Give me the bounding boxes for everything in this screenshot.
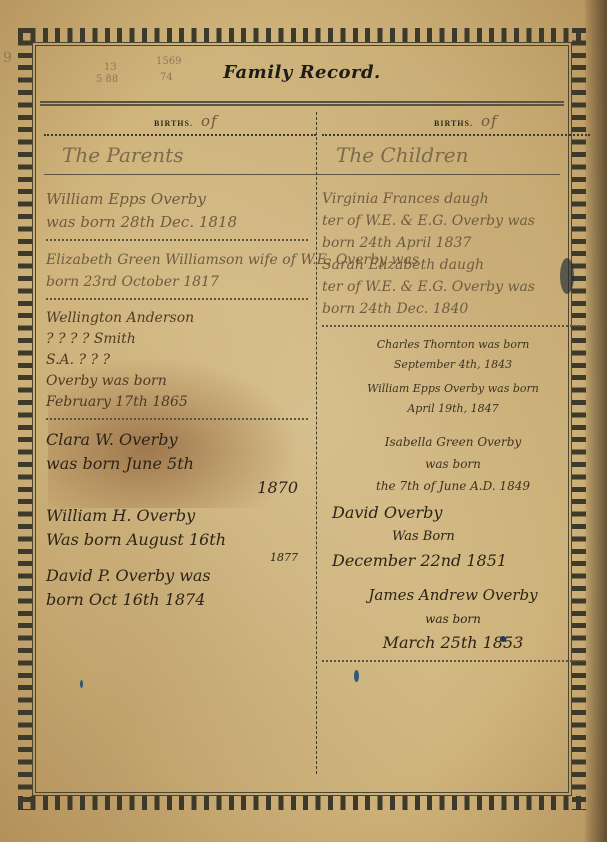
birth-entry: Isabella Green Overby was born the 7th o…: [322, 431, 584, 497]
entry-line: Virginia Frances daugh: [322, 188, 584, 210]
birth-entry: Virginia Frances daugh ter of W.E. & E.G…: [322, 188, 584, 254]
entry-line: Clara W. Overby: [46, 428, 308, 452]
column-header-parents: BIRTHS.of: [154, 112, 218, 132]
entry-line: born 23rd October 1817: [46, 271, 308, 293]
entry-line: Isabella Green Overby: [322, 431, 584, 453]
birth-entry: Sarah Elizabeth daugh ter of W.E. & E.G.…: [322, 254, 584, 320]
births-label: BIRTHS.: [154, 119, 193, 128]
entry-line: born Oct 16th 1874: [46, 588, 308, 612]
ornamental-border-top: [18, 28, 586, 42]
dotted-rule: [322, 134, 590, 136]
column-divider: [316, 112, 317, 774]
family-record-frame: Family Record. BIRTHS.of BIRTHS.of The P…: [18, 28, 586, 810]
entry-line: ter of W.E. & E.G. Overby was: [322, 210, 584, 232]
entry-line: ? ? ? ? Smith: [46, 329, 308, 350]
dotted-separator: [322, 325, 584, 327]
header-script: of: [481, 112, 498, 130]
ink-blot: [560, 258, 574, 294]
ink-blot: [80, 680, 83, 688]
ornamental-border-bottom: [18, 796, 586, 810]
entry-line: David Overby: [332, 501, 584, 525]
entry-line: the 7th of June A.D. 1849: [322, 475, 584, 497]
entry-line: Was born August 16th: [46, 528, 308, 552]
entry-line: William Epps Overby was born: [322, 379, 584, 399]
entry-line: born 24th Dec. 1840: [322, 298, 584, 320]
entry-line: William H. Overby: [46, 504, 308, 528]
entry-line: was born June 5th: [46, 452, 308, 476]
births-label: BIRTHS.: [434, 119, 473, 128]
dotted-separator: [322, 660, 584, 662]
dotted-separator: [46, 298, 308, 300]
entry-line: born 24th April 1837: [322, 232, 584, 254]
birth-entry: William Epps Overby was born 28th Dec. 1…: [46, 188, 308, 234]
birth-entry: Wellington Anderson ? ? ? ? Smith S.A. ?…: [46, 308, 308, 413]
column-header-children: BIRTHS.of: [434, 112, 498, 132]
entry-line: 1870: [46, 476, 308, 500]
birth-entry: Clara W. Overby was born June 5th 1870: [46, 428, 308, 500]
entry-line: was born: [322, 607, 584, 631]
dotted-rule: [44, 134, 316, 136]
birth-entry: William Epps Overby was born April 19th,…: [322, 379, 584, 419]
birth-entry: William H. Overby Was born August 16th 1…: [46, 504, 308, 612]
margin-pencil-mark: 9: [3, 50, 12, 66]
header-script: of: [201, 112, 218, 130]
page-title: Family Record.: [18, 62, 586, 83]
title-chain-divider: [40, 101, 564, 106]
birth-entry: David Overby Was Born December 22nd 1851: [322, 501, 584, 573]
dotted-separator: [46, 239, 308, 241]
parents-column: William Epps Overby was born 28th Dec. 1…: [46, 188, 308, 612]
entry-line: Wellington Anderson: [46, 308, 308, 329]
ink-blot: [354, 670, 359, 682]
entry-line: ter of W.E. & E.G. Overby was: [322, 276, 584, 298]
entry-line: Sarah Elizabeth daugh: [322, 254, 584, 276]
entry-line: was born 28th Dec. 1818: [46, 211, 308, 234]
entry-line: Overby was born: [46, 371, 308, 392]
birth-entry: Elizabeth Green Williamson wife of W.E. …: [46, 249, 308, 293]
entry-line: December 22nd 1851: [332, 549, 584, 573]
thin-rule: [44, 174, 560, 175]
entry-line: was born: [322, 453, 584, 475]
entry-line: David P. Overby was: [46, 564, 308, 588]
birth-entry: James Andrew Overby was born March 25th …: [322, 583, 584, 655]
entry-line: William Epps Overby: [46, 188, 308, 211]
entry-line: Elizabeth Green Williamson wife of W.E. …: [46, 249, 308, 271]
entry-line: March 25th 1853: [322, 631, 584, 655]
ink-blot: [500, 636, 506, 642]
entry-line: September 4th, 1843: [322, 355, 584, 375]
entry-line: Charles Thornton was born: [322, 335, 584, 355]
entry-line: 1877: [46, 552, 308, 564]
entry-line: Was Born: [332, 525, 584, 549]
entry-line: S.A. ? ? ?: [46, 350, 308, 371]
subheading-children: The Children: [336, 143, 468, 167]
ornamental-border-left: [18, 28, 32, 810]
entry-line: James Andrew Overby: [322, 583, 584, 607]
entry-line: February 17th 1865: [46, 392, 308, 413]
birth-entry: Charles Thornton was born September 4th,…: [322, 335, 584, 375]
children-column: Virginia Frances daugh ter of W.E. & E.G…: [322, 188, 584, 670]
dotted-separator: [46, 418, 308, 420]
subheading-parents: The Parents: [62, 143, 183, 167]
entry-line: April 19th, 1847: [322, 399, 584, 419]
book-spine-shadow: [585, 0, 607, 842]
